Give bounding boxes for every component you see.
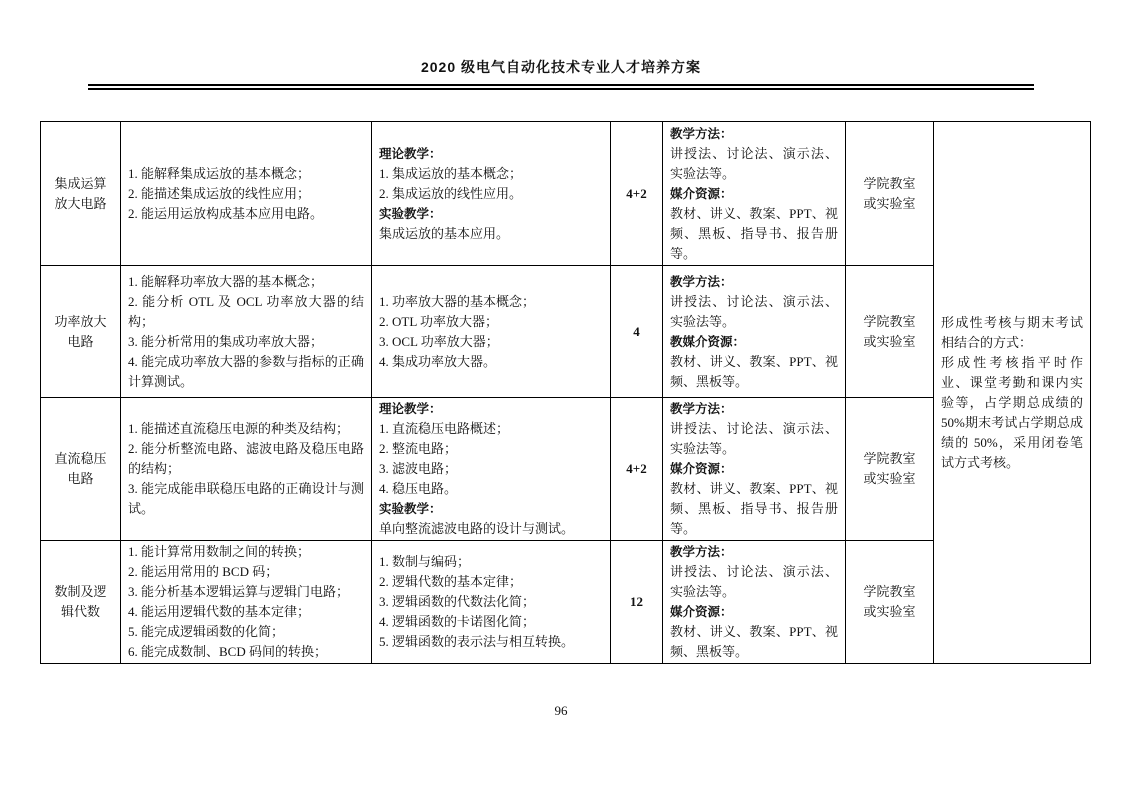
list-item-text: 1. 能描述直流稳压电源的种类及结构； (128, 419, 364, 439)
methods-cell: 教学方法： 讲授法、讨论法、演示法、实验法等。 媒介资源： 教材、讲义、教案、P… (663, 122, 846, 266)
teaching-methods-label: 教学方法： (670, 272, 838, 292)
course-name-cell: 数制及逻辑代数 (41, 541, 121, 664)
methods-cell: 教学方法： 讲授法、讨论法、演示法、实验法等。 教媒介资源： 教材、讲义、教案、… (663, 266, 846, 398)
list-item-text: 3. OCL 功率放大器； (379, 332, 603, 352)
teaching-methods-text: 讲授法、讨论法、演示法、实验法等。 (670, 562, 838, 602)
list-item-text: 2. 能运用常用的 BCD 码； (128, 562, 364, 582)
course-name-cell: 功率放大电路 (41, 266, 121, 398)
objectives-list: 1. 能解释功率放大器的基本概念；2. 能分析 OTL 及 OCL 功率放大器的… (128, 272, 364, 392)
location-cell: 学院教室或实验室 (846, 266, 934, 398)
course-name: 功率放大电路 (52, 312, 110, 352)
page-title: 2020 级电气自动化技术专业人才培养方案 (0, 57, 1122, 77)
objectives-cell: 1. 能描述直流稳压电源的种类及结构；2. 能分析整流电路、滤波电路及稳压电路的… (121, 398, 372, 541)
list-item-text: 3. 滤波电路； (379, 459, 603, 479)
course-name: 数制及逻辑代数 (52, 582, 110, 622)
course-name-cell: 直流稳压电路 (41, 398, 121, 541)
list-item-text: 2. 能运用运放构成基本应用电路。 (128, 204, 364, 224)
list-item-text: 3. 能分析常用的集成功率放大器； (128, 332, 364, 352)
table-row: 直流稳压电路 1. 能描述直流稳压电源的种类及结构；2. 能分析整流电路、滤波电… (41, 398, 1091, 541)
table-row: 集成运算放大电路 1. 能解释集成运放的基本概念；2. 能描述集成运放的线性应用… (41, 122, 1091, 266)
objectives-list: 1. 能解释集成运放的基本概念；2. 能描述集成运放的线性应用；2. 能运用运放… (128, 164, 364, 224)
list-item-text: 4. 能运用逻辑代数的基本定律； (128, 602, 364, 622)
theory-teaching-label: 理论教学： (379, 144, 603, 164)
hours-cell: 12 (611, 541, 663, 664)
list-item-text: 4. 稳压电路。 (379, 479, 603, 499)
media-resources-text: 教材、讲义、教案、PPT、视频、黑板、指导书、报告册等。 (670, 479, 838, 539)
hours-cell: 4+2 (611, 398, 663, 541)
media-resources-text: 教材、讲义、教案、PPT、视频、黑板等。 (670, 352, 838, 392)
list-item-text: 2. 能描述集成运放的线性应用； (128, 184, 364, 204)
location-text: 学院教室或实验室 (861, 174, 919, 214)
list-item-text: 5. 逻辑函数的表示法与相互转换。 (379, 632, 603, 652)
document-page: 2020 级电气自动化技术专业人才培养方案 集成运算放大电路 1. 能解释集成运… (0, 0, 1122, 793)
course-name: 直流稳压电路 (52, 449, 110, 489)
theory-teaching-label: 理论教学： (379, 399, 603, 419)
list-item-text: 5. 能完成逻辑函数的化简； (128, 622, 364, 642)
objectives-cell: 1. 能解释功率放大器的基本概念；2. 能分析 OTL 及 OCL 功率放大器的… (121, 266, 372, 398)
lab-items-list: 集成运放的基本应用。 (379, 224, 603, 244)
content-items-list: 1. 功率放大器的基本概念；2. OTL 功率放大器；3. OCL 功率放大器；… (379, 292, 603, 372)
teaching-methods-label: 教学方法： (670, 399, 838, 419)
teaching-methods-text: 讲授法、讨论法、演示法、实验法等。 (670, 419, 838, 459)
list-item-text: 1. 直流稳压电路概述； (379, 419, 603, 439)
list-item-text: 1. 功率放大器的基本概念； (379, 292, 603, 312)
lab-items-list: 单向整流滤波电路的设计与测试。 (379, 519, 603, 539)
media-resources-label: 媒介资源： (670, 602, 838, 622)
list-item-text: 4. 集成功率放大器。 (379, 352, 603, 372)
lab-teaching-label: 实验教学： (379, 499, 603, 519)
table-row: 功率放大电路 1. 能解释功率放大器的基本概念；2. 能分析 OTL 及 OCL… (41, 266, 1091, 398)
location-text: 学院教室或实验室 (861, 582, 919, 622)
list-item-text: 集成运放的基本应用。 (379, 224, 603, 244)
hours-cell: 4+2 (611, 122, 663, 266)
objectives-list: 1. 能描述直流稳压电源的种类及结构；2. 能分析整流电路、滤波电路及稳压电路的… (128, 419, 364, 519)
teaching-methods-label: 教学方法： (670, 124, 838, 144)
location-text: 学院教室或实验室 (861, 312, 919, 352)
location-cell: 学院教室或实验室 (846, 122, 934, 266)
media-resources-text: 教材、讲义、教案、PPT、视频、黑板等。 (670, 622, 838, 662)
list-item-text: 2. 整流电路； (379, 439, 603, 459)
theory-items-list: 1. 直流稳压电路概述；2. 整流电路；3. 滤波电路；4. 稳压电路。 (379, 419, 603, 499)
list-item-text: 4. 能完成功率放大器的参数与指标的正确计算测试。 (128, 352, 364, 392)
page-number: 96 (0, 701, 1122, 721)
course-name: 集成运算放大电路 (52, 174, 110, 214)
location-cell: 学院教室或实验室 (846, 541, 934, 664)
list-item-text: 1. 能解释集成运放的基本概念； (128, 164, 364, 184)
assessment-intro: 形成性考核与期末考试相结合的方式： (941, 313, 1083, 353)
content-cell: 理论教学： 1. 集成运放的基本概念；2. 集成运放的线性应用。 实验教学： 集… (372, 122, 611, 266)
list-item-text: 1. 数制与编码； (379, 552, 603, 572)
location-cell: 学院教室或实验室 (846, 398, 934, 541)
course-unit-table: 集成运算放大电路 1. 能解释集成运放的基本概念；2. 能描述集成运放的线性应用… (40, 121, 1091, 664)
content-items-list: 1. 数制与编码；2. 逻辑代数的基本定律；3. 逻辑函数的代数法化简；4. 逻… (379, 552, 603, 652)
theory-items-list: 1. 集成运放的基本概念；2. 集成运放的线性应用。 (379, 164, 603, 204)
media-resources-label: 媒介资源： (670, 459, 838, 479)
list-item-text: 1. 能解释功率放大器的基本概念； (128, 272, 364, 292)
hours-cell: 4 (611, 266, 663, 398)
assessment-body: 形成性考核指平时作业、课堂考勤和课内实验等，占学期总成绩的 50%期末考试占学期… (941, 353, 1083, 473)
course-name-cell: 集成运算放大电路 (41, 122, 121, 266)
list-item-text: 2. 集成运放的线性应用。 (379, 184, 603, 204)
list-item-text: 2. 逻辑代数的基本定律； (379, 572, 603, 592)
list-item-text: 单向整流滤波电路的设计与测试。 (379, 519, 603, 539)
objectives-list: 1. 能计算常用数制之间的转换；2. 能运用常用的 BCD 码；3. 能分析基本… (128, 542, 364, 662)
hours-value: 4+2 (618, 184, 655, 204)
teaching-methods-text: 讲授法、讨论法、演示法、实验法等。 (670, 292, 838, 332)
objectives-cell: 1. 能解释集成运放的基本概念；2. 能描述集成运放的线性应用；2. 能运用运放… (121, 122, 372, 266)
header-double-rule (88, 84, 1034, 90)
list-item-text: 1. 集成运放的基本概念； (379, 164, 603, 184)
methods-cell: 教学方法： 讲授法、讨论法、演示法、实验法等。 媒介资源： 教材、讲义、教案、P… (663, 541, 846, 664)
teaching-methods-text: 讲授法、讨论法、演示法、实验法等。 (670, 144, 838, 184)
content-cell: 理论教学： 1. 直流稳压电路概述；2. 整流电路；3. 滤波电路；4. 稳压电… (372, 398, 611, 541)
list-item-text: 2. 能分析 OTL 及 OCL 功率放大器的结构； (128, 292, 364, 332)
media-resources-label: 教媒介资源： (670, 332, 838, 352)
list-item-text: 3. 逻辑函数的代数法化简； (379, 592, 603, 612)
media-resources-text: 教材、讲义、教案、PPT、视频、黑板、指导书、报告册等。 (670, 204, 838, 264)
location-text: 学院教室或实验室 (861, 449, 919, 489)
objectives-cell: 1. 能计算常用数制之间的转换；2. 能运用常用的 BCD 码；3. 能分析基本… (121, 541, 372, 664)
assessment-cell: 形成性考核与期末考试相结合的方式： 形成性考核指平时作业、课堂考勤和课内实验等，… (934, 122, 1091, 664)
media-resources-label: 媒介资源： (670, 184, 838, 204)
list-item-text: 3. 能分析基本逻辑运算与逻辑门电路； (128, 582, 364, 602)
hours-value: 4 (618, 322, 655, 342)
list-item-text: 2. 能分析整流电路、滤波电路及稳压电路的结构； (128, 439, 364, 479)
table-row: 数制及逻辑代数 1. 能计算常用数制之间的转换；2. 能运用常用的 BCD 码；… (41, 541, 1091, 664)
list-item-text: 4. 逻辑函数的卡诺图化简； (379, 612, 603, 632)
hours-value: 4+2 (618, 459, 655, 479)
methods-cell: 教学方法： 讲授法、讨论法、演示法、实验法等。 媒介资源： 教材、讲义、教案、P… (663, 398, 846, 541)
list-item-text: 2. OTL 功率放大器； (379, 312, 603, 332)
list-item-text: 6. 能完成数制、BCD 码间的转换； (128, 642, 364, 662)
lab-teaching-label: 实验教学： (379, 204, 603, 224)
list-item-text: 3. 能完成能串联稳压电路的正确设计与测试。 (128, 479, 364, 519)
content-cell: 1. 功率放大器的基本概念；2. OTL 功率放大器；3. OCL 功率放大器；… (372, 266, 611, 398)
hours-value: 12 (618, 592, 655, 612)
list-item-text: 1. 能计算常用数制之间的转换； (128, 542, 364, 562)
teaching-methods-label: 教学方法： (670, 542, 838, 562)
content-cell: 1. 数制与编码；2. 逻辑代数的基本定律；3. 逻辑函数的代数法化简；4. 逻… (372, 541, 611, 664)
